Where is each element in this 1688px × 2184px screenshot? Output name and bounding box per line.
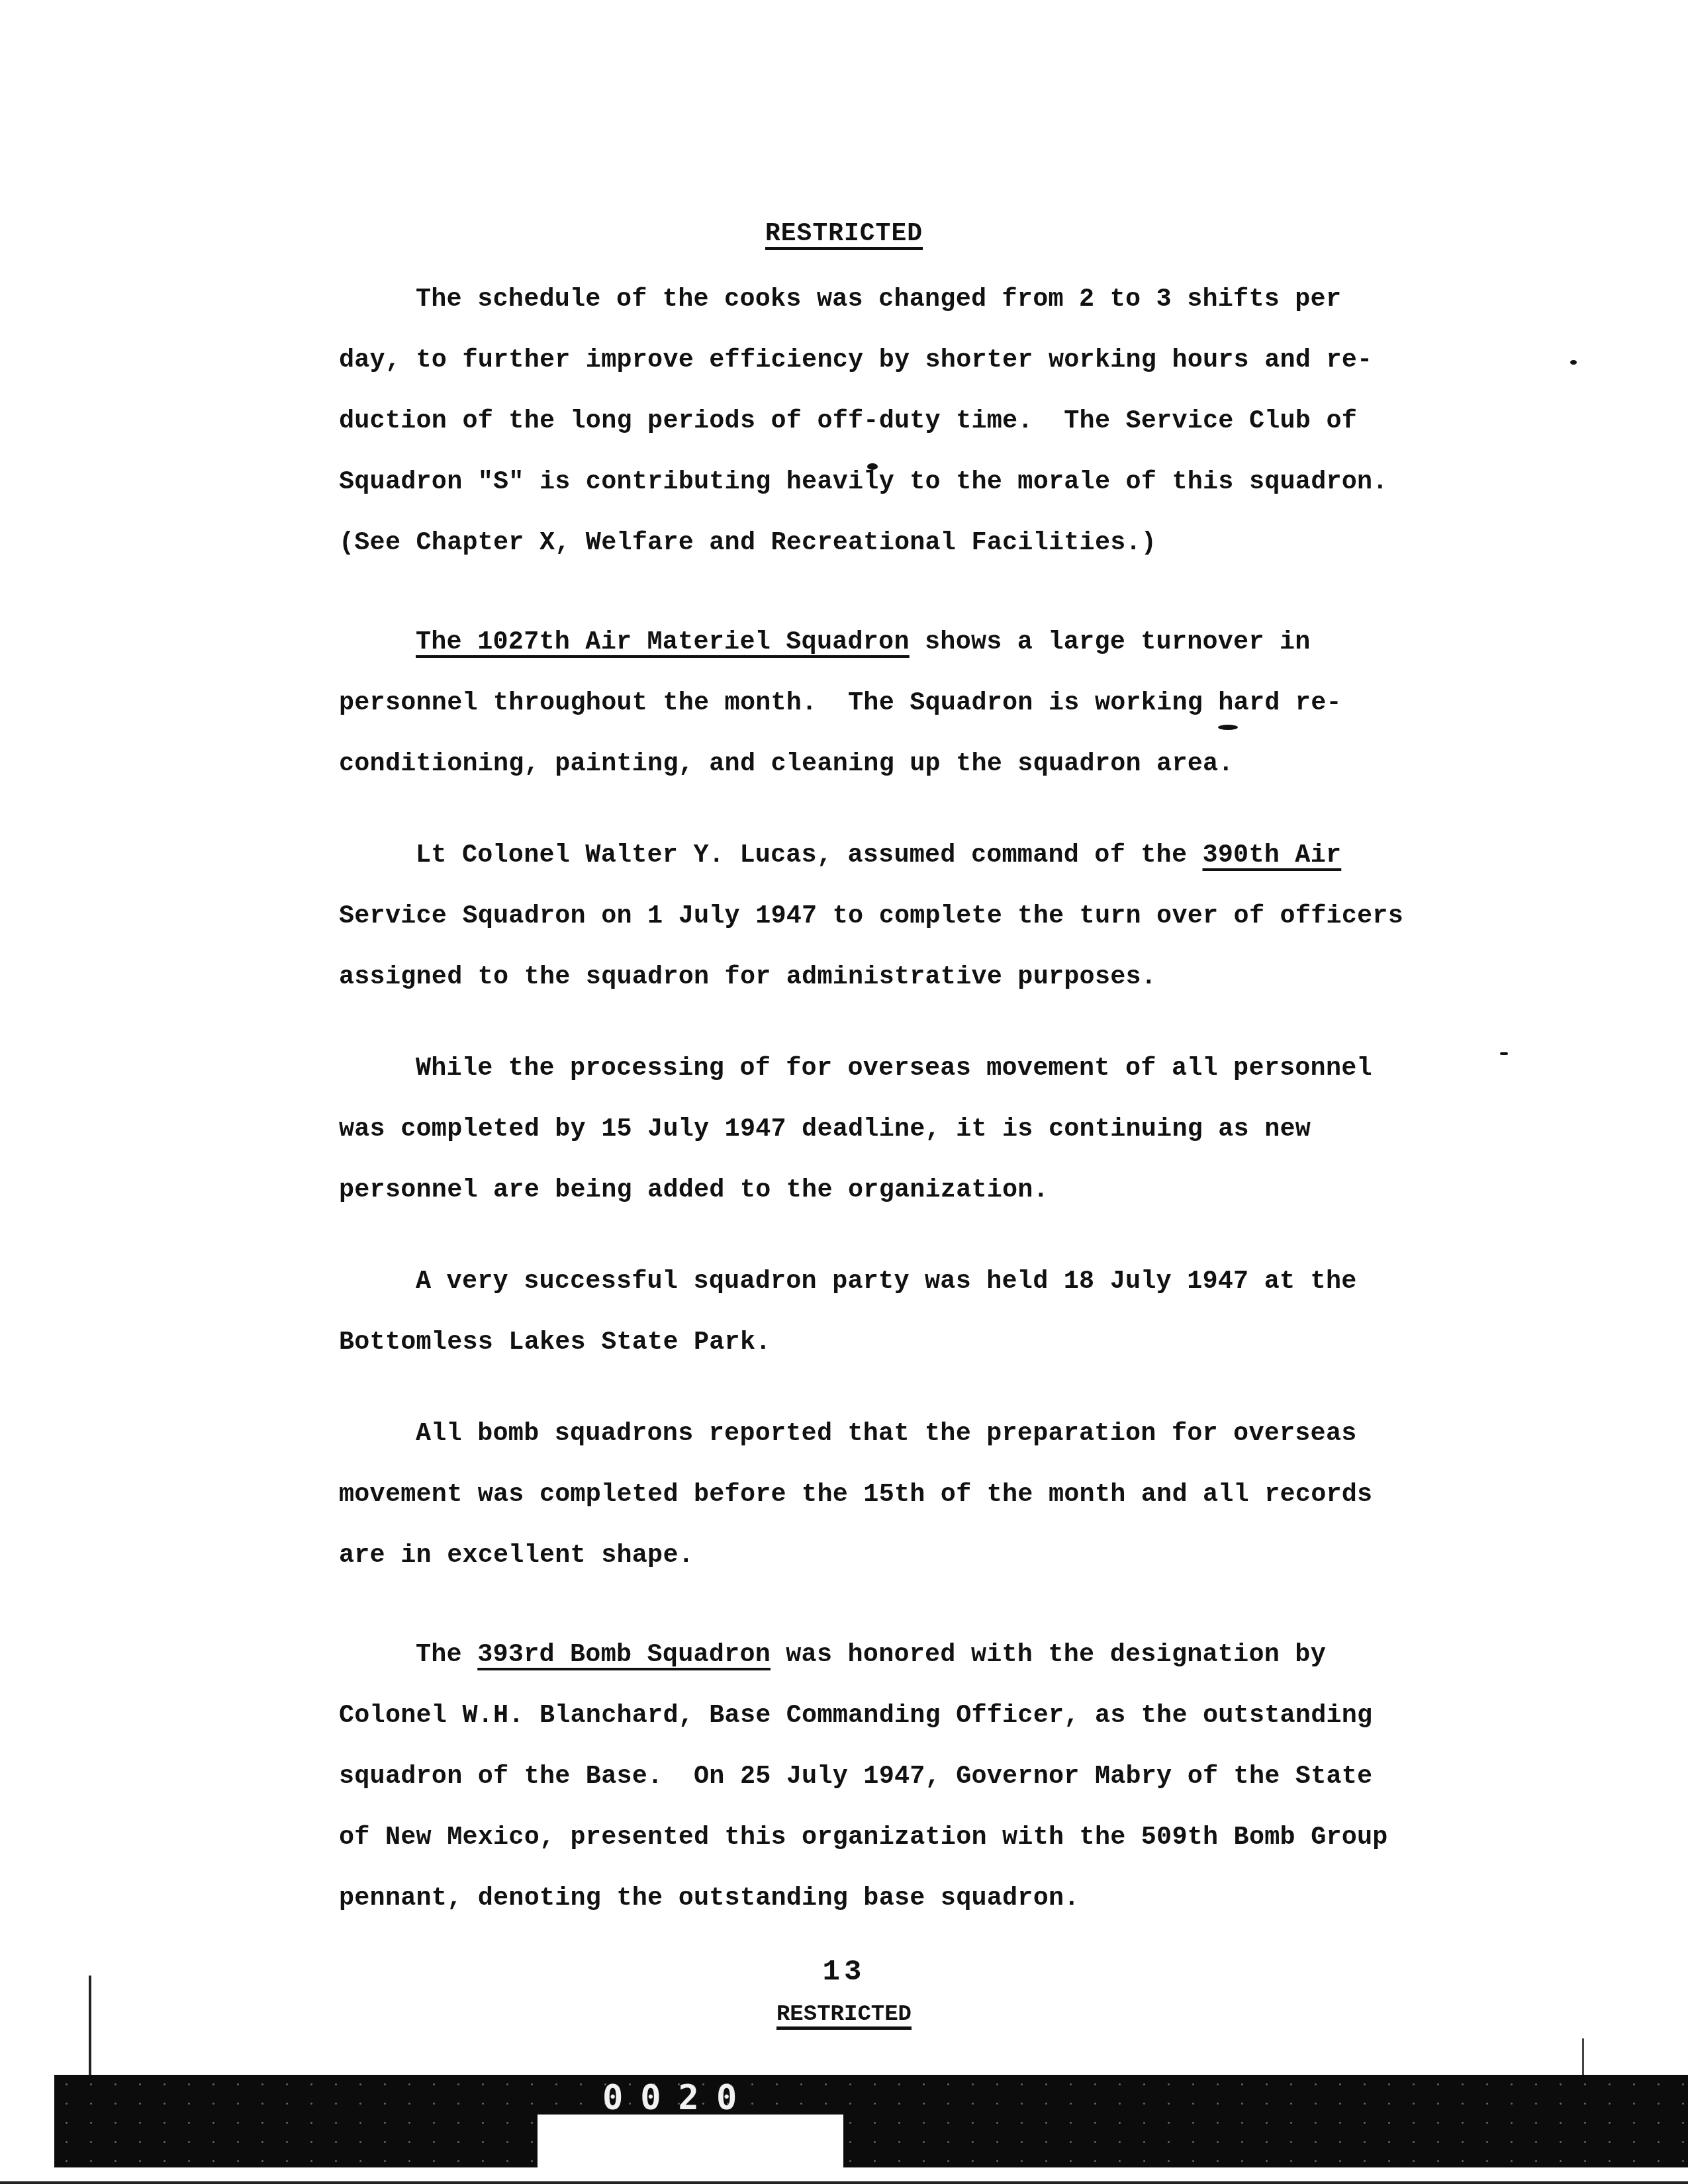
paragraph-1-line-2: day, to further improve efficiency by sh… [339, 345, 1372, 375]
classification-footer: RESTRICTED [0, 2002, 1688, 2027]
microfilm-frame-number: 0020 [602, 2078, 754, 2118]
scan-speck [867, 463, 878, 470]
paragraph-2-line-2: personnel throughout the month. The Squa… [339, 688, 1342, 717]
paragraph-4-line-1: While the processing of for overseas mov… [416, 1054, 1372, 1083]
paragraph-7-line-4: of New Mexico, presented this organizati… [339, 1823, 1388, 1852]
paragraph-4-line-2: was completed by 15 July 1947 deadline, … [339, 1115, 1311, 1144]
scan-speck [1500, 1052, 1508, 1055]
paragraph-1-line-4: Squadron "S" is contributing heavily to … [339, 467, 1388, 496]
scan-speck [1218, 725, 1238, 730]
squadron-393rd-underlined: 393rd Bomb Squadron [477, 1640, 771, 1669]
paragraph-7-line-1-pre: The [416, 1640, 477, 1669]
scan-speck [1570, 360, 1577, 365]
paragraph-3-line-3: assigned to the squadron for administrat… [339, 962, 1156, 991]
paragraph-2-line-3: conditioning, painting, and cleaning up … [339, 749, 1234, 778]
paragraph-5-line-1: A very successful squadron party was hel… [416, 1267, 1357, 1296]
classification-header: RESTRICTED [0, 220, 1688, 248]
document-page: RESTRICTED The schedule of the cooks was… [0, 0, 1688, 2184]
microfilm-border [54, 2075, 1688, 2167]
paragraph-7-line-3: squadron of the Base. On 25 July 1947, G… [339, 1762, 1372, 1791]
paragraph-6-line-2: movement was completed before the 15th o… [339, 1480, 1372, 1509]
paragraph-2-line-1-rest: shows a large turnover in [910, 627, 1311, 657]
classification-footer-text: RESTRICTED [776, 2002, 912, 2027]
paragraph-3-line-1-pre: Lt Colonel Walter Y. Lucas, assumed comm… [416, 841, 1203, 870]
paragraph-7-line-5: pennant, denoting the outstanding base s… [339, 1884, 1080, 1913]
page-number: 13 [0, 1956, 1688, 1989]
film-edge-line [89, 1976, 91, 2075]
paragraph-6-line-1: All bomb squadrons reported that the pre… [416, 1419, 1357, 1448]
paragraph-7-line-1: The 393rd Bomb Squadron was honored with… [416, 1640, 1326, 1669]
paragraph-3-line-2: Service Squadron on 1 July 1947 to compl… [339, 901, 1403, 931]
bottom-edge [0, 2181, 1688, 2184]
paragraph-1-line-5: (See Chapter X, Welfare and Recreational… [339, 528, 1156, 557]
film-edge-line [1582, 2038, 1584, 2078]
paragraph-2-line-1: The 1027th Air Materiel Squadron shows a… [416, 627, 1311, 657]
paragraph-1-line-1: The schedule of the cooks was changed fr… [416, 285, 1341, 314]
paragraph-5-line-2: Bottomless Lakes State Park. [339, 1328, 771, 1357]
squadron-1027th-underlined: The 1027th Air Materiel Squadron [416, 627, 910, 657]
paragraph-1-line-3: duction of the long periods of off-duty … [339, 406, 1357, 435]
classification-header-text: RESTRICTED [765, 220, 923, 248]
paragraph-4-line-3: personnel are being added to the organiz… [339, 1175, 1049, 1205]
paragraph-3-line-1: Lt Colonel Walter Y. Lucas, assumed comm… [416, 841, 1341, 870]
squadron-390th-underlined: 390th Air [1203, 841, 1342, 870]
paragraph-6-line-3: are in excellent shape. [339, 1541, 694, 1570]
paragraph-7-line-1-post: was honored with the designation by [771, 1640, 1326, 1669]
microfilm-notch [538, 2115, 843, 2184]
paragraph-7-line-2: Colonel W.H. Blanchard, Base Commanding … [339, 1701, 1372, 1730]
